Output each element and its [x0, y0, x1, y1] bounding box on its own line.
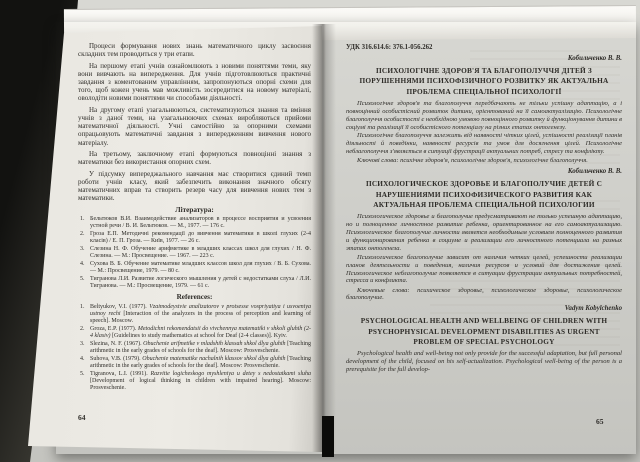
references-heading: References:: [78, 293, 311, 301]
udc-code: УДК 316.614.6: 376.1-056.262: [346, 44, 622, 52]
body-paragraph: У підсумку випереджального навчання має …: [78, 170, 311, 203]
reference-translation: [Guidelines to study mathematics at scho…: [112, 333, 287, 339]
reference-translation: [Interaction of the analyzers in the pro…: [90, 311, 311, 324]
article-title-uk: ПСИХОЛОГІЧНЕ ЗДОРОВ'Я ТА БЛАГОПОЛУЧЧЯ ДІ…: [354, 66, 614, 97]
literature-item: 3. Слезина Н. Ф. Обучение арифметике в м…: [78, 246, 311, 260]
keywords-uk: Ключові слова: психічне здоров'я, психол…: [346, 157, 622, 165]
reference-authors: Beltyukov, V.I. (1977).: [90, 304, 149, 310]
body-paragraph: На першому етапі учнів ознайомлюють з но…: [78, 62, 311, 103]
item-number: 4.: [80, 261, 85, 268]
right-page-text-block: УДК 316.614.6: 376.1-056.262 Кобильченко…: [346, 44, 622, 375]
author-name-en: Vadym Kobylchenko: [346, 305, 622, 313]
item-number: 4.: [80, 356, 85, 363]
reference-authors: Suhova, V.B. (1979).: [90, 356, 142, 362]
page-number-left: 64: [78, 413, 86, 422]
page-number-right: 65: [596, 417, 604, 426]
reference-item: 5.Tigranova, L.I. (1991). Razvitie logic…: [78, 371, 311, 392]
body-paragraph: Процеси формування нових знань математич…: [78, 42, 311, 58]
item-text: Слезина Н. Ф. Обучение арифметике в млад…: [90, 246, 311, 259]
literature-item: 4. Сухова В. Б. Обучение математике млад…: [78, 261, 311, 275]
item-text: Тигранова Л.И. Развитие логического мышл…: [90, 276, 311, 289]
item-number: 2.: [80, 326, 85, 333]
literature-item: 2. Гроза Е.П. Методичні рекомендації до …: [78, 231, 311, 245]
reference-title-translit: Obuchenie matematike nachalnih klassov s…: [142, 356, 287, 362]
abstract-uk-paragraph: Психологічне благополуччя залежить від н…: [346, 132, 622, 156]
article-title-en: PSYCHOLOGICAL HEALTH AND WELLBEING OF CH…: [354, 316, 614, 347]
reference-item: 4.Suhova, V.B. (1979). Obuchenie matemat…: [78, 356, 311, 370]
left-page-text-block: Процеси формування нових знань математич…: [78, 42, 311, 393]
item-number: 1.: [80, 304, 85, 311]
abstract-ru-paragraph: Психологическое благополучие зависит от …: [346, 254, 622, 286]
reference-item: 1.Beltyukov, V.I. (1977). Vzaimodeystvie…: [78, 304, 311, 325]
item-text: Гроза Е.П. Методичні рекомендації до вив…: [90, 231, 311, 244]
body-paragraph: На третьому, заключному етапі формуються…: [78, 150, 311, 166]
item-number: 2.: [80, 231, 85, 238]
item-text: Бельтюков В.И. Взаимодействие анализатор…: [90, 216, 311, 229]
abstract-uk-paragraph: Психологічне здоров'я та благополуччя пе…: [346, 100, 622, 132]
spine-black-mark: [322, 416, 334, 457]
reference-authors: Groza, E.P. (1977).: [90, 326, 138, 332]
abstract-en-paragraph: Psychological health and well-being not …: [346, 350, 622, 374]
reference-title-translit: Razvitie logicheskogo myshleniya u detey…: [150, 371, 311, 377]
item-number: 3.: [80, 341, 85, 348]
item-number: 1.: [80, 216, 85, 223]
literature-item: 1. Бельтюков В.И. Взаимодействие анализа…: [78, 216, 311, 230]
item-number: 3.: [80, 246, 85, 253]
abstract-ru-paragraph: Психологическое здоровье и благополучие …: [346, 213, 622, 253]
item-number: 5.: [80, 276, 85, 283]
keywords-ru: Ключевые слова: психическое здоровье, пс…: [346, 287, 622, 303]
article-title-ru: ПСИХОЛОГИЧЕСКОЕ ЗДОРОВЬЕ И БЛАГОПОЛУЧИЕ …: [354, 179, 614, 210]
body-paragraph: На другому етапі узагальнюються, система…: [78, 106, 311, 147]
references-list: 1.Beltyukov, V.I. (1977). Vzaimodeystvie…: [78, 304, 311, 392]
literature-list: 1. Бельтюков В.И. Взаимодействие анализа…: [78, 216, 311, 290]
reference-authors: Slezina, N. F. (1967).: [90, 341, 143, 347]
reference-authors: Tigranova, L.I. (1991).: [90, 371, 150, 377]
literature-heading: Література:: [78, 206, 311, 214]
reference-translation: [Development of logical thinking in chil…: [90, 378, 311, 391]
item-text: Сухова В. Б. Обучение математике младших…: [90, 261, 311, 274]
literature-item: 5. Тигранова Л.И. Развитие логического м…: [78, 276, 311, 290]
reference-title-translit: Obuchenie arifmetike v mladshih klassah …: [143, 341, 287, 347]
book-scan: Процеси формування нових знань математич…: [0, 0, 640, 462]
item-number: 5.: [80, 371, 85, 378]
author-name-uk: Кобильченко В. В.: [346, 55, 622, 63]
author-name-ru: Кобильченко В. В.: [346, 168, 622, 176]
reference-item: 2.Groza, E.P. (1977). Metodichni rekomen…: [78, 326, 311, 340]
gutter-shadow: [312, 24, 336, 452]
reference-item: 3.Slezina, N. F. (1967). Obuchenie arifm…: [78, 341, 311, 355]
